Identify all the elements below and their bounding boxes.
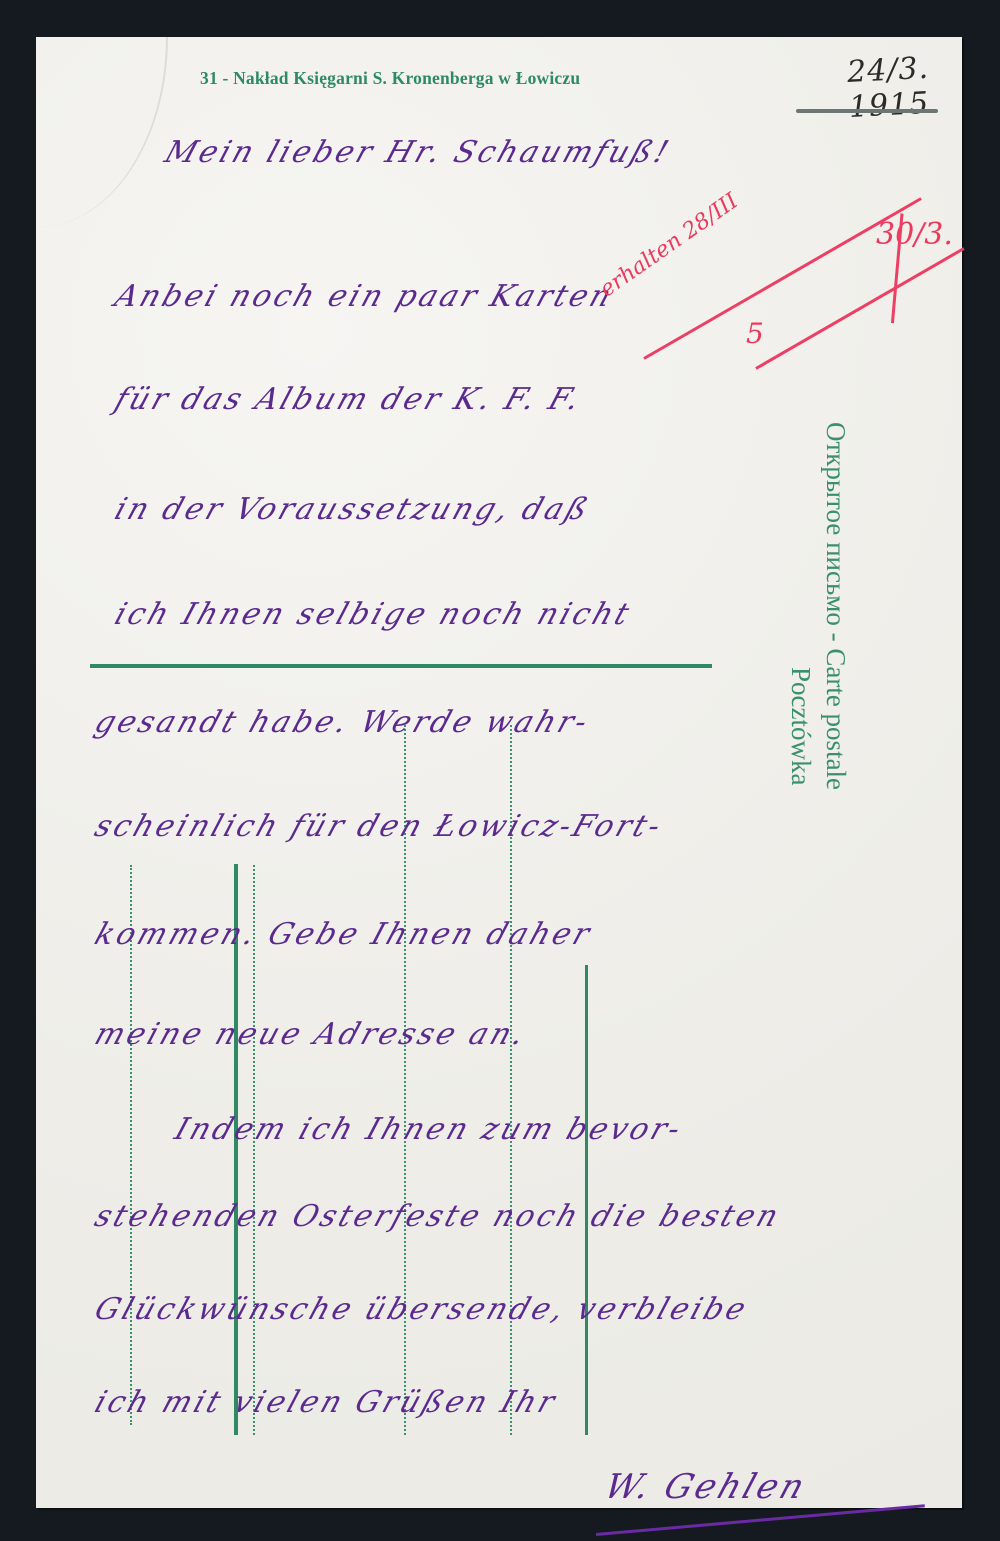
handwritten-line: Anbei noch ein paar Karten — [110, 279, 618, 314]
red-slash-2 — [755, 247, 964, 370]
red-annotation-answered: 30/3. — [876, 217, 953, 252]
handwritten-line: Glückwünsche übersende, verbleibe — [90, 1292, 753, 1327]
printed-header: 31 - Nakład Księgarni S. Kronenberga w Ł… — [200, 68, 580, 89]
handwritten-line: ich mit vielen Grüßen Ihr — [90, 1385, 562, 1420]
red-annotation-received: erhalten 28/III — [596, 189, 743, 303]
corner-crease — [36, 37, 168, 227]
pencil-dash — [796, 109, 938, 113]
handwritten-line: ich Ihnen selbige noch nicht — [110, 597, 636, 632]
handwritten-line: gesandt habe. Werde wahr- — [90, 705, 594, 740]
red-annotation-count: 5 — [746, 317, 764, 350]
handwritten-date: 24/3. 1915 — [846, 49, 964, 125]
signature-underline — [596, 1504, 925, 1536]
handwritten-line: meine neue Adresse an. — [90, 1017, 531, 1052]
side-label-russian-french: Открытое письмо - Carte postale — [820, 422, 851, 790]
side-label-polish: Pocztówka — [785, 667, 816, 785]
handwritten-line: Indem ich Ihnen zum bevor- — [170, 1112, 687, 1147]
postcard: 31 - Nakład Księgarni S. Kronenberga w Ł… — [36, 37, 962, 1508]
divider-line — [90, 664, 712, 668]
handwritten-line: kommen. Gebe Ihnen daher — [90, 917, 596, 952]
handwritten-line: stehenden Osterfeste noch die besten — [90, 1199, 785, 1234]
signature: W. Gehlen — [600, 1467, 813, 1507]
handwritten-line: Mein lieber Hr. Schaumfuß! — [160, 135, 675, 170]
handwritten-line: scheinlich für den Łowicz-Fort- — [90, 809, 667, 844]
publisher-line: 31 - Nakład Księgarni S. Kronenberga w Ł… — [200, 68, 580, 88]
handwritten-line: für das Album der K. F. F. — [110, 382, 587, 417]
handwritten-line: in der Voraussetzung, daß — [110, 492, 595, 527]
